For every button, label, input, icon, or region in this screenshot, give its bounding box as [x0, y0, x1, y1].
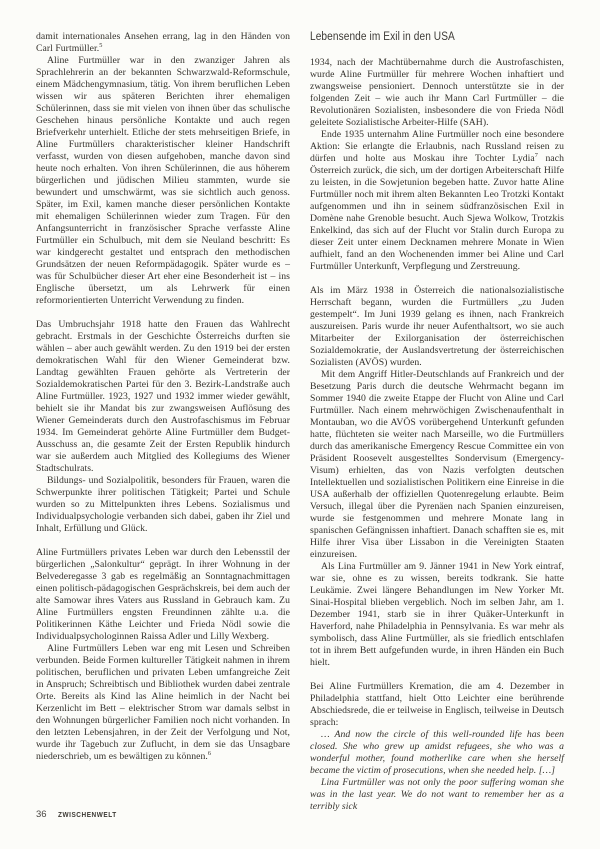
- page-number: 36: [36, 809, 47, 820]
- left-text-column: damit internationales Ansehen errang, la…: [36, 31, 290, 813]
- page-footer: 36 ZWISCHENWELT: [36, 809, 121, 820]
- paragraph: Als Lina Furtmüller am 9. Jänner 1941 in…: [310, 561, 564, 669]
- paragraph: Bildungs- und Sozialpolitik, besonders f…: [36, 475, 290, 535]
- paragraph: Das Umbruchsjahr 1918 hatte den Frauen d…: [36, 319, 290, 475]
- footnote-ref: 5: [99, 42, 102, 49]
- paragraph: Aline Furtmüller war in den zwanziger Ja…: [36, 55, 290, 307]
- paragraph: Aline Furtmüllers Leben war eng mit Lese…: [36, 643, 290, 763]
- journal-name: ZWISCHENWELT: [58, 812, 117, 819]
- paragraph: … And now the circle of this well-rounde…: [310, 729, 564, 777]
- paragraph: damit internationales Ansehen errang, la…: [36, 31, 290, 55]
- book-page: damit internationales Ansehen errang, la…: [0, 0, 600, 849]
- paragraph: Als im März 1938 in Österreich die natio…: [310, 285, 564, 369]
- footnote-ref: 6: [208, 750, 211, 757]
- paragraph: Mit dem Angriff Hitler-Deutschlands auf …: [310, 369, 564, 561]
- paragraph: Bei Aline Furtmüllers Kremation, die am …: [310, 681, 564, 729]
- paragraph: Lina Furtmüller was not only the poor su…: [310, 777, 564, 813]
- text-columns: damit internationales Ansehen errang, la…: [36, 31, 564, 813]
- right-column-paragraphs: 1934, nach der Machtübernahme durch die …: [310, 57, 564, 813]
- right-text-column: Lebensende im Exil in den USA 1934, nach…: [310, 31, 564, 813]
- paragraph: Aline Furtmüllers privates Leben war dur…: [36, 547, 290, 643]
- paragraph: 1934, nach der Machtübernahme durch die …: [310, 57, 564, 129]
- section-heading: Lebensende im Exil in den USA: [310, 31, 534, 43]
- footnote-ref: 7: [535, 152, 538, 159]
- paragraph: Ende 1935 unternahm Aline Furtmüller noc…: [310, 129, 564, 273]
